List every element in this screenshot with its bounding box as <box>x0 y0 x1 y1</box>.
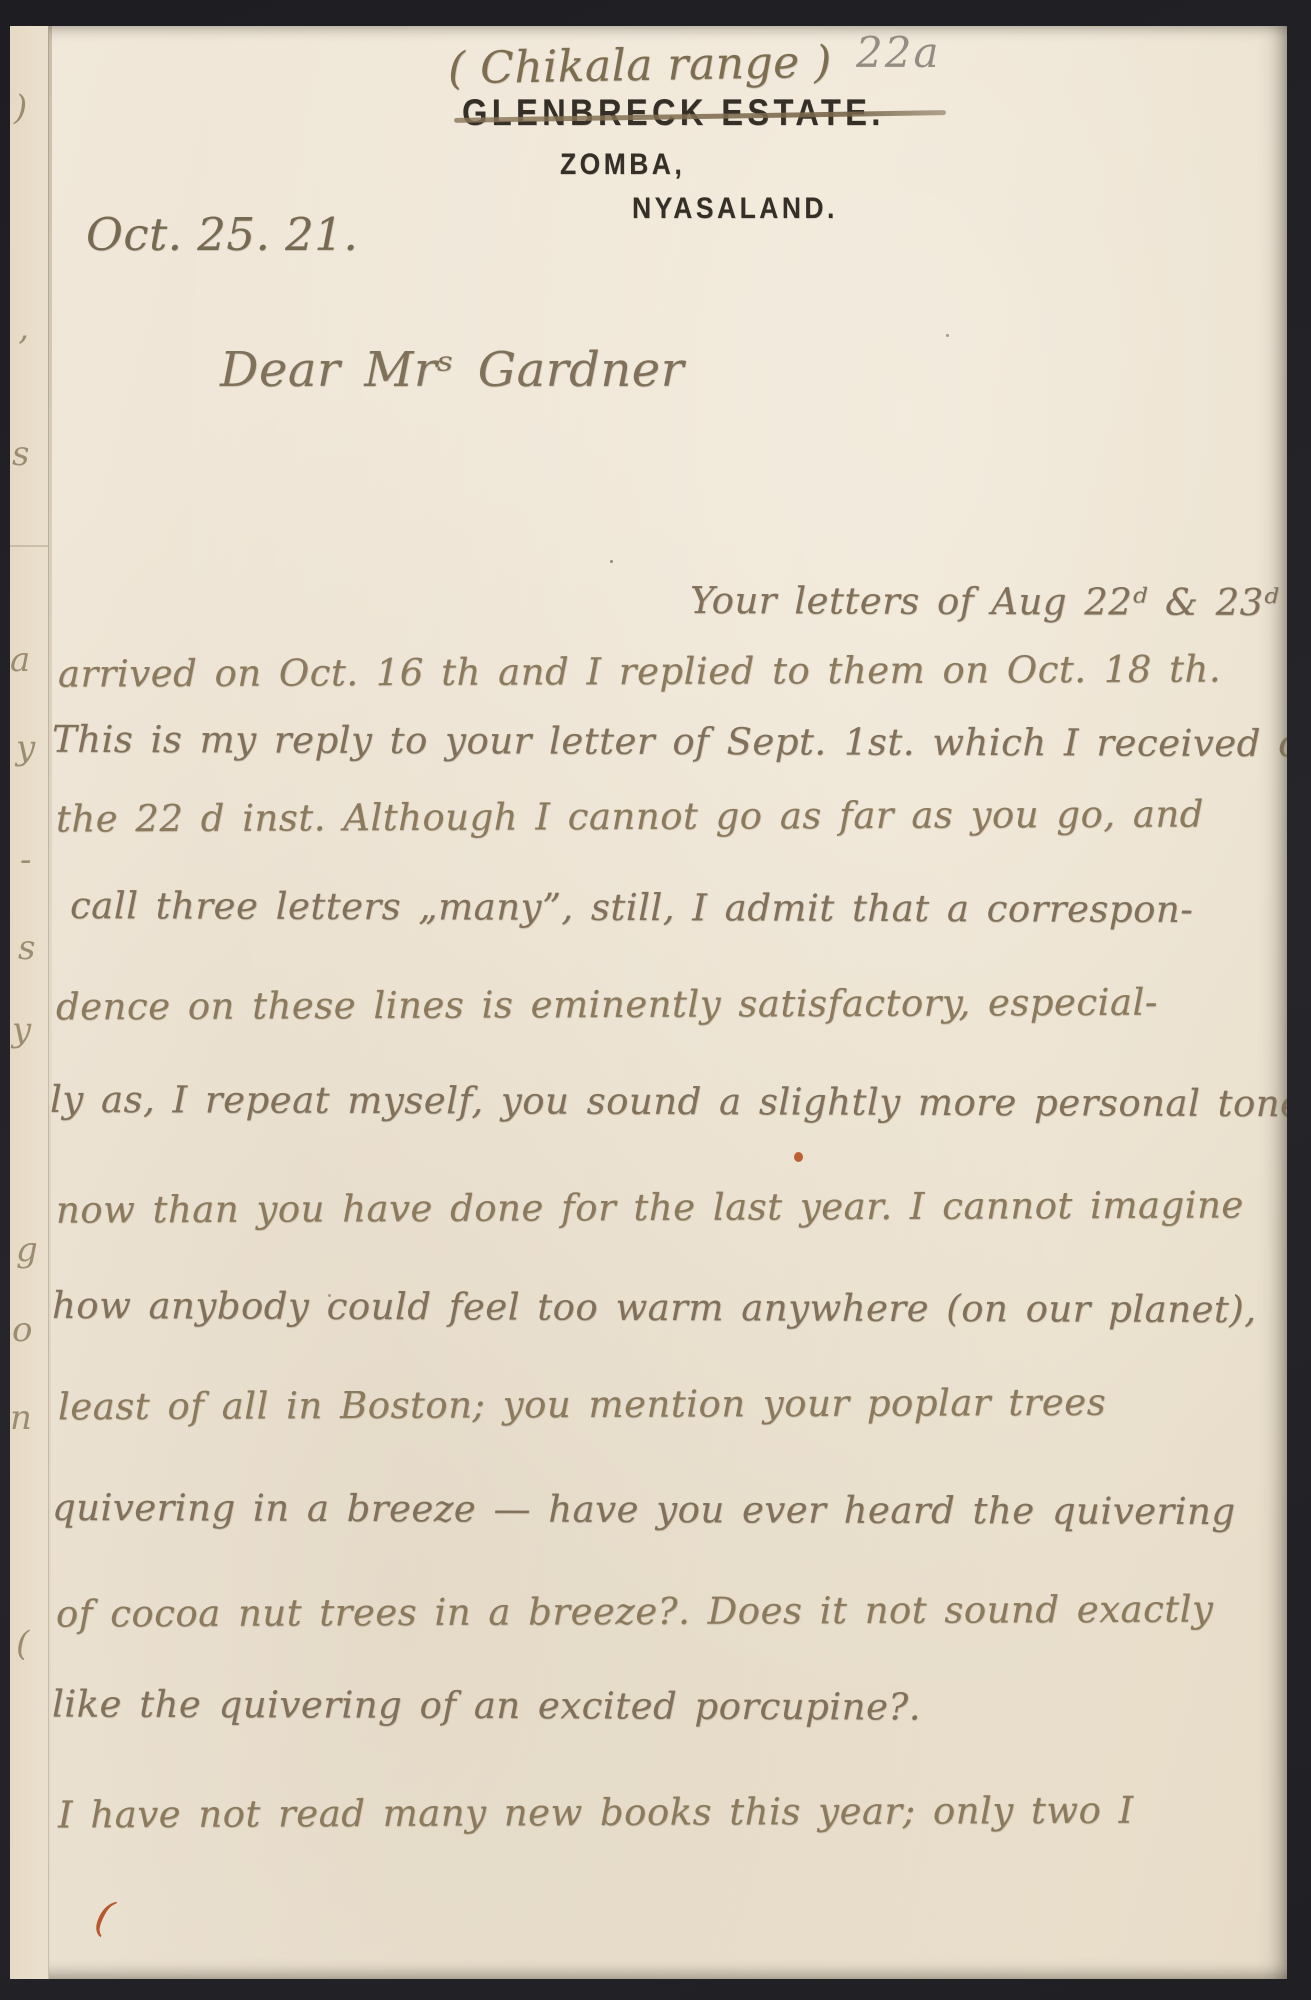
paper-speck <box>610 560 613 563</box>
letterhead-country-line: NYASALAND. <box>632 192 838 226</box>
handwritten-line-9: how anybody could feel too warm anywhere… <box>52 1286 1257 1331</box>
handwritten-line-12: of cocoa nut trees in a breeze?. Does it… <box>56 1589 1214 1635</box>
margin-ink-fragment: - <box>20 840 32 880</box>
margin-ink-fragment: ) <box>14 88 27 128</box>
margin-ink-fragment: y <box>16 728 35 768</box>
handwritten-line-4: the 22 d inst. Although I cannot go as f… <box>56 794 1204 840</box>
folded-leaf-edge: ) ‚ s a y - s y g o n ( <box>10 26 49 1979</box>
salutation: Dear Mrˢ Gardner <box>220 342 684 398</box>
margin-ink-fragment: ( <box>16 1624 29 1664</box>
paper-speck <box>328 1294 331 1297</box>
handwritten-line-2: arrived on Oct. 16 th and I replied to t… <box>58 649 1221 695</box>
scan-background: { "page": { "corner_label": "22a" }, "le… <box>0 0 1311 2000</box>
letterhead-town-line: ZOMBA, <box>560 148 685 182</box>
letter-page: ) ‚ s a y - s y g o n ( 22a ( Chikala ra… <box>10 26 1287 1979</box>
handwritten-line-7: ly as, I repeat myself, you sound a slig… <box>50 1080 1287 1125</box>
margin-ink-fragment: y <box>12 1010 31 1050</box>
orange-ink-fleck <box>794 1152 803 1162</box>
handwritten-line-3: This is my reply to your letter of Sept.… <box>52 720 1287 765</box>
handwritten-line-10: least of all in Boston; you mention your… <box>58 1383 1106 1428</box>
folio-number-pencil: 22a <box>856 28 940 77</box>
margin-ink-fragment: o <box>12 1310 32 1350</box>
margin-ink-fragment: ‚ <box>18 308 29 348</box>
leaf-edge-break <box>10 545 48 547</box>
handwritten-line-13: like the quivering of an excited porcupi… <box>52 1684 921 1728</box>
fold-crease <box>48 26 52 1106</box>
handwritten-line-1: Your letters of Aug 22ᵈ & 23ᵈ <box>690 581 1279 624</box>
margin-ink-fragment: s <box>18 928 35 968</box>
handwritten-range-note: ( Chikala range ) <box>448 37 833 95</box>
fold-crease-lower <box>48 1106 51 1976</box>
handwritten-line-5: call three letters „many”, still, I admi… <box>70 886 1193 931</box>
margin-ink-fragment: a <box>10 640 30 680</box>
margin-ink-fragment: n <box>10 1398 32 1438</box>
handwritten-line-8: now than you have done for the last year… <box>56 1185 1244 1231</box>
handwritten-line-6: dence on these lines is eminently satisf… <box>56 983 1158 1028</box>
paper-speck <box>946 334 949 337</box>
letter-date: Oct. 25. 21. <box>86 208 358 261</box>
handwritten-line-11: quivering in a breeze — have you ever he… <box>52 1488 1236 1533</box>
red-ink-fragment: ( <box>90 1891 118 1943</box>
margin-ink-fragment: g <box>16 1230 38 1270</box>
margin-ink-fragment: s <box>12 434 29 474</box>
handwritten-line-14: I have not read many new books this year… <box>58 1791 1134 1836</box>
